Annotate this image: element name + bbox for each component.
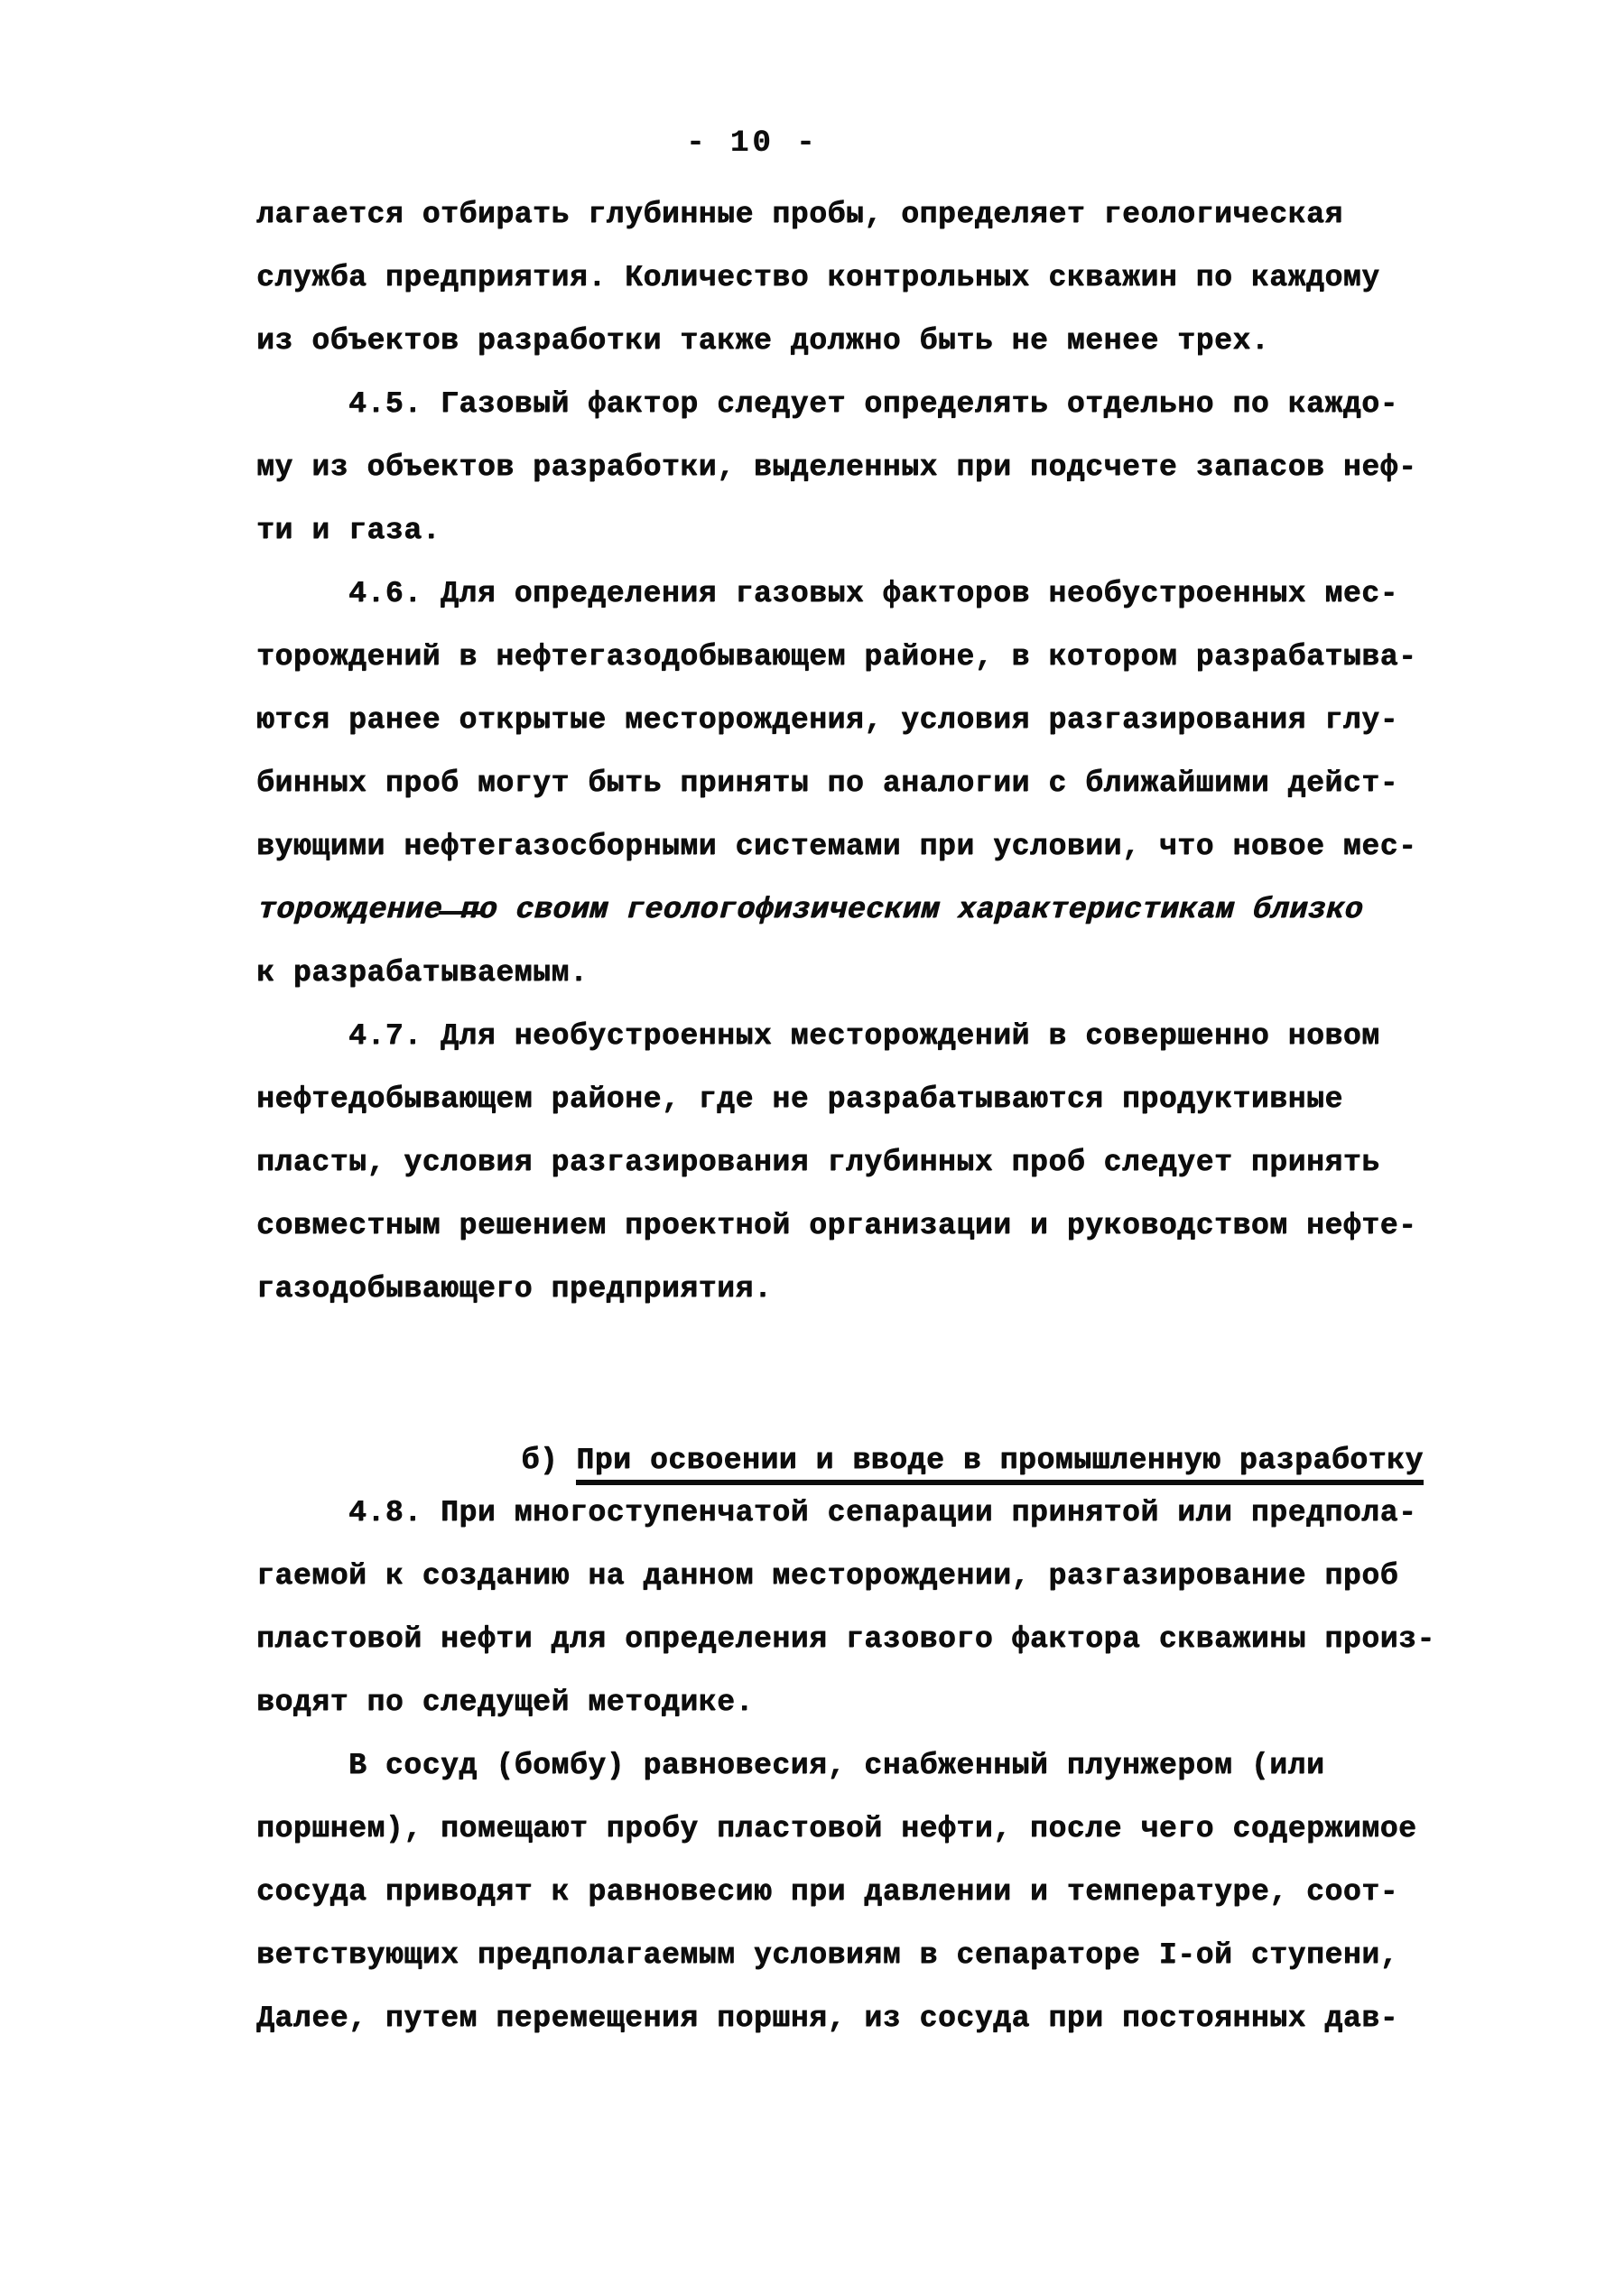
scanned-document-page: - 10 - лагается отбирать глубинные пробы… bbox=[0, 0, 1624, 2295]
text-line: газодобывающего предприятия. bbox=[256, 1258, 1538, 1321]
text-line-paragraph: В сосуд (бомбу) равновесия, снабженный п… bbox=[256, 1734, 1538, 1798]
text-line: нефтедобывающем районе, где не разрабаты… bbox=[256, 1068, 1538, 1131]
text-line: водят по следущей методике. bbox=[256, 1671, 1538, 1734]
text-line: му из объектов разработки, выделенных пр… bbox=[256, 436, 1538, 499]
text-line: бинных проб могут быть приняты по аналог… bbox=[256, 752, 1538, 815]
section-b-heading-prefix: б) bbox=[521, 1444, 558, 1477]
text-line: пласты, условия разгазирования глубинных… bbox=[256, 1131, 1538, 1194]
page-number: - 10 - bbox=[686, 126, 818, 161]
text-line: совместным решением проектной организаци… bbox=[256, 1194, 1538, 1258]
section-b-heading: б)При освоении и вводе в промышленную ра… bbox=[256, 1366, 1538, 1429]
text-line-overstruck: торождение по своим геологофизическим ха… bbox=[256, 878, 1542, 942]
text-line: служба предприятия. Количество контрольн… bbox=[256, 246, 1538, 310]
text-line: лагается отбирать глубинные пробы, опред… bbox=[256, 183, 1538, 246]
text-line: к разрабатываемым. bbox=[256, 942, 1538, 1005]
text-line: поршнем), помещают пробу пластовой нефти… bbox=[256, 1798, 1538, 1861]
text-line: торождений в нефтегазодобывающем районе,… bbox=[256, 626, 1538, 689]
text-line: из объектов разработки также должно быть… bbox=[256, 310, 1538, 373]
text-line-paragraph-4-7: 4.7. Для необустроенных месторождений в … bbox=[256, 1005, 1538, 1068]
document-body: лагается отбирать глубинные пробы, опред… bbox=[256, 183, 1538, 2050]
text-line: вующими нефтегазосборными системами при … bbox=[256, 815, 1538, 878]
text-line-paragraph-4-5: 4.5. Газовый фактор следует определять о… bbox=[256, 373, 1538, 436]
section-a: лагается отбирать глубинные пробы, опред… bbox=[256, 183, 1538, 1321]
text-line-paragraph-4-6: 4.6. Для определения газовых факторов не… bbox=[256, 562, 1538, 626]
text-line: Далее, путем перемещения поршня, из сосу… bbox=[256, 1987, 1538, 2050]
text-line: ветствующих предполагаемым условиям в се… bbox=[256, 1924, 1538, 1987]
text-line: ти и газа. bbox=[256, 499, 1538, 562]
text-line: пластовой нефти для определения газового… bbox=[256, 1608, 1538, 1671]
section-b-heading-title: При освоении и вводе в промышленную разр… bbox=[576, 1444, 1424, 1485]
text-line-paragraph-4-8: 4.8. При многоступенчатой сепарации прин… bbox=[256, 1482, 1538, 1545]
text-line: ются ранее открытые месторождения, услов… bbox=[256, 689, 1538, 752]
section-b: 4.8. При многоступенчатой сепарации прин… bbox=[256, 1482, 1538, 2050]
text-line: гаемой к созданию на данном месторождени… bbox=[256, 1545, 1538, 1608]
text-line: сосуда приводят к равновесию при давлени… bbox=[256, 1861, 1538, 1924]
